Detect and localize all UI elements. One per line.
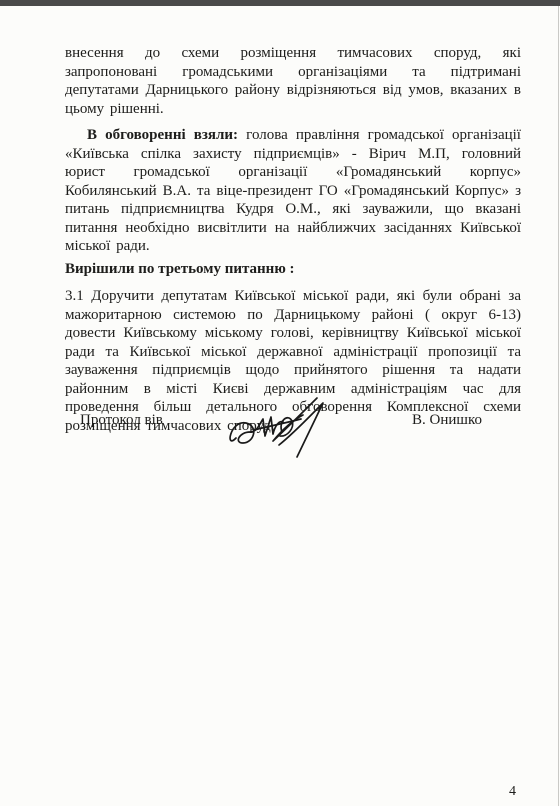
paragraph-intro: внесення до схеми розміщення тимчасових … (65, 44, 521, 118)
scan-artifact-top-bar (0, 0, 560, 6)
discussion-body-text: голова правління громадської організації… (65, 127, 521, 254)
page-number: 4 (509, 784, 516, 800)
document-body: внесення до схеми розміщення тимчасових … (65, 44, 521, 435)
document-page: внесення до схеми розміщення тимчасових … (0, 0, 560, 806)
paragraph-discussion: В обговоренні взяли: голова правління гр… (65, 126, 521, 256)
signature-label: Протокол вів (80, 412, 163, 429)
discussion-lead-bold: В обговоренні взяли: (87, 127, 238, 143)
signer-name: В. Онишко (412, 412, 482, 429)
signature-row: Протокол вів В. Онишко (0, 392, 560, 462)
handwritten-signature-image (224, 392, 339, 460)
decision-heading: Вирішили по третьому питанню : (65, 260, 521, 279)
